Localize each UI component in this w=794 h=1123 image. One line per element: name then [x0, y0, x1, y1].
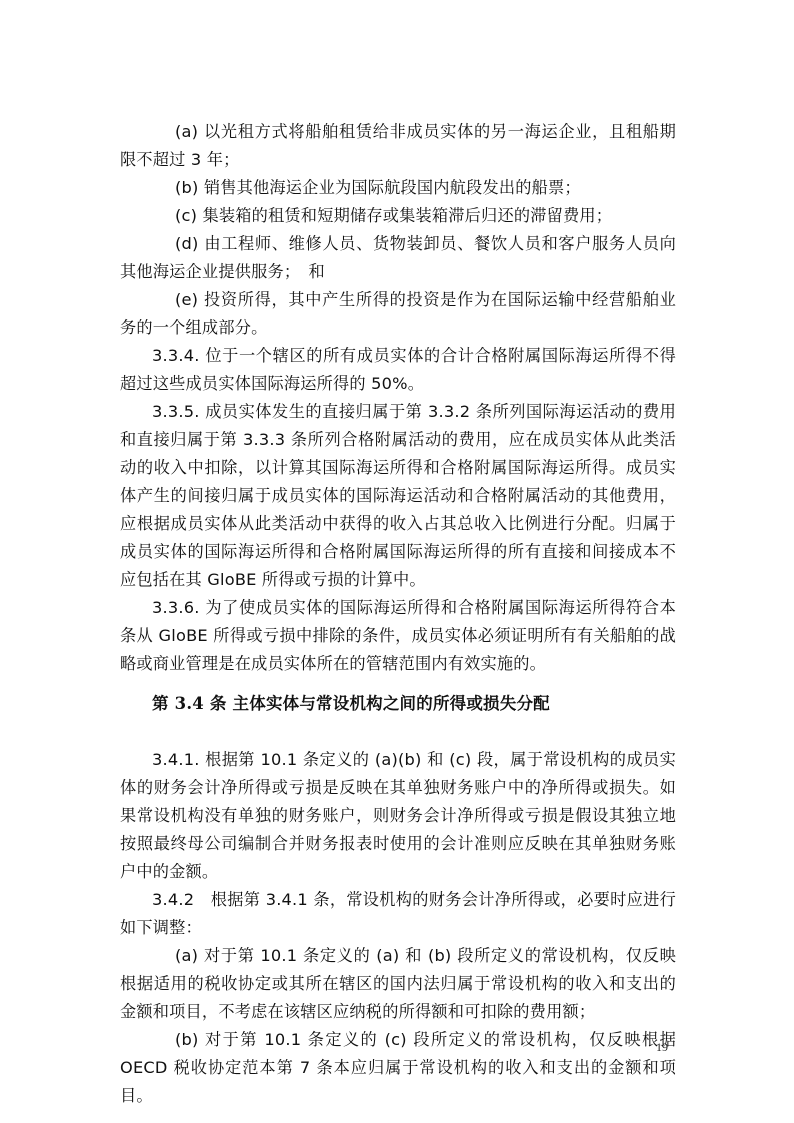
document-page: (a) 以光租方式将船舶租赁给非成员实体的另一海运企业，且租船期限不超过 3 年… [120, 118, 676, 1110]
paragraph-3-4-2-a: (a) 对于第 10.1 条定义的 (a) 和 (b) 段所定义的常设机构，仅反… [120, 942, 676, 1026]
clause-3-4-2: 3.4.2 根据第 3.4.1 条，常设机构的财务会计净所得或，必要时应进行如下… [120, 886, 676, 942]
paragraph-3-3-3-e: (e) 投资所得，其中产生所得的投资是作为在国际运输中经营船舶业务的一个组成部分… [120, 286, 676, 342]
clause-3-3-6: 3.3.6. 为了使成员实体的国际海运所得和合格附属国际海运所得符合本条从 Gl… [120, 594, 676, 678]
paragraph-3-3-3-c: (c) 集装箱的租赁和短期储存或集装箱滞后归还的滞留费用； [120, 202, 676, 230]
paragraph-3-4-2-b: (b) 对于第 10.1 条定义的 (c) 段所定义的常设机构，仅反映根据 OE… [120, 1026, 676, 1110]
heading-spacer [120, 718, 676, 746]
paragraph-3-3-3-b: (b) 销售其他海运企业为国际航段国内航段发出的船票； [120, 174, 676, 202]
paragraph-3-3-3-a: (a) 以光租方式将船舶租赁给非成员实体的另一海运企业，且租船期限不超过 3 年… [120, 118, 676, 174]
section-heading-3-4: 第 3.4 条 主体实体与常设机构之间的所得或损失分配 [152, 690, 676, 718]
clause-3-4-1: 3.4.1. 根据第 10.1 条定义的 (a)(b) 和 (c) 段，属于常设… [120, 746, 676, 886]
clause-3-3-5: 3.3.5. 成员实体发生的直接归属于第 3.3.2 条所列国际海运活动的费用和… [120, 398, 676, 594]
paragraph-3-3-3-d: (d) 由工程师、维修人员、货物装卸员、餐饮人员和客户服务人员向其他海运企业提供… [120, 230, 676, 286]
clause-3-3-4: 3.3.4. 位于一个辖区的所有成员实体的合计合格附属国际海运所得不得超过这些成… [120, 342, 676, 398]
page-number: 19 [656, 1040, 668, 1055]
